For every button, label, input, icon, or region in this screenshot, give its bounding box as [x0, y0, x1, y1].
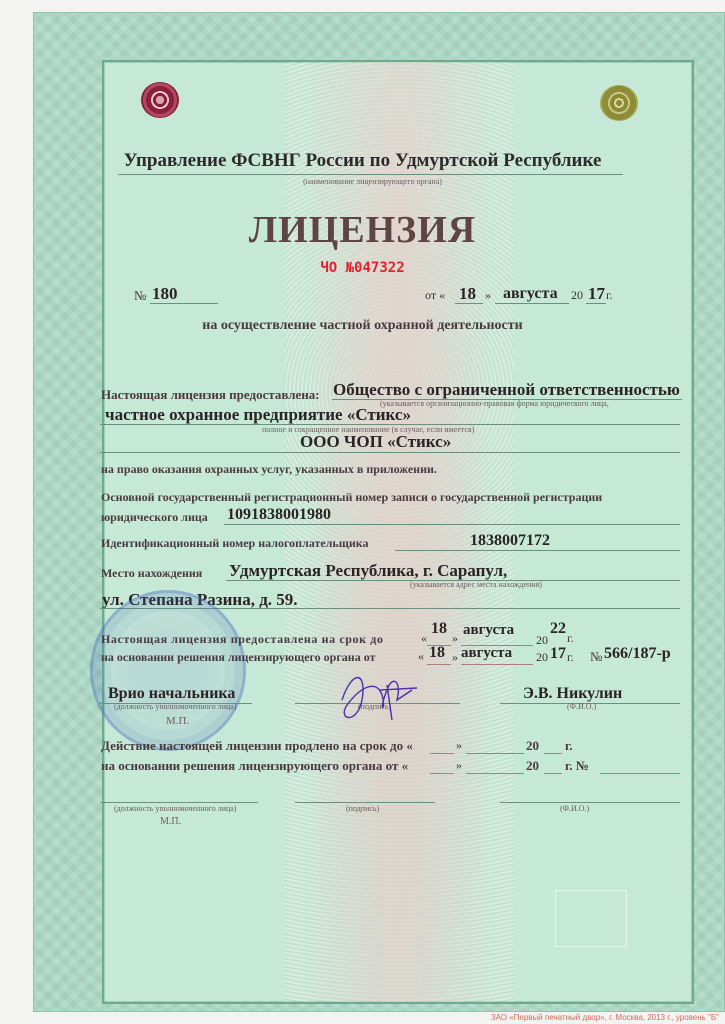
authority-underline [118, 174, 623, 175]
ext-signature-underline [295, 802, 435, 803]
extension-line2-year: 20 [526, 758, 539, 774]
date-prefix: от « [425, 288, 445, 303]
ext2-number-underline [600, 773, 680, 774]
number-prefix: № [134, 288, 146, 304]
decision-prefix: № [590, 649, 602, 665]
handwritten-signature [332, 660, 422, 730]
document-title: ЛИЦЕНЗИЯ [0, 208, 725, 252]
inn-value: 1838007172 [470, 532, 550, 550]
address-line1: Удмуртская Республика, г. Сарапул, [229, 561, 507, 581]
date-month: августа [503, 285, 558, 303]
right-text: на право оказания охранных услуг, указан… [101, 462, 437, 477]
name-hint: (Ф.И.О.) [567, 702, 596, 711]
ext-position-hint: (должность уполномоченного лица) [114, 804, 236, 813]
date-quote-close: » [485, 288, 491, 303]
extension-line2-end: г. № [565, 758, 589, 774]
date-month-underline [495, 303, 569, 304]
ext2-day-underline [430, 773, 454, 774]
ogrn-label-line2: юридического лица [101, 510, 208, 525]
serial-number: ЧО №047322 [0, 260, 725, 276]
gold-rosette-icon [600, 85, 638, 121]
date-year-suffix: 17 [588, 284, 605, 304]
ext-name-underline [500, 802, 680, 803]
extension-line1-year: 20 [526, 738, 539, 754]
decision-number: 566/187-р [604, 645, 671, 663]
date-year-underline [586, 303, 606, 304]
ext-name-hint: (Ф.И.О.) [560, 804, 589, 813]
issuing-authority: Управление ФСВНГ России по Удмуртской Ре… [0, 150, 725, 172]
basis-month: августа [461, 645, 512, 662]
legal-form-hint: (указывается организационно-правовая фор… [380, 399, 609, 408]
term-open: « [421, 631, 427, 646]
red-rosette-icon [141, 82, 179, 118]
number-underline [150, 303, 218, 304]
licensee-short-name: ООО ЧОП «Стикс» [300, 432, 451, 452]
ext1-day-underline [430, 753, 454, 754]
ext-seal-hint: М.П. [160, 816, 181, 827]
license-inner-panel [102, 60, 694, 1004]
ext1-year-underline [544, 753, 562, 754]
ogrn-value: 1091838001980 [227, 506, 331, 524]
date-year-end: г. [606, 288, 613, 303]
printer-imprint: ЗАО «Первый печатный двор», г. Москва, 2… [491, 1013, 719, 1022]
authority-hint: (наименование лицензирующего органа) [0, 177, 725, 186]
date-year-prefix: 20 [571, 288, 583, 303]
extension-line2-close: » [456, 758, 462, 773]
license-purpose: на осуществление частной охранной деятел… [0, 318, 725, 334]
ext-position-underline [100, 802, 258, 803]
basis-month-underline [461, 664, 533, 665]
seal-hint: М.П. [166, 715, 189, 727]
term-year-suffix: 22 [550, 620, 566, 638]
date-day-underline [455, 303, 483, 304]
ogrn-label-line1: Основной государственный регистрационный… [101, 490, 602, 505]
extension-line1-end: г. [565, 738, 573, 754]
position-hint: (должность уполномоченного лица) [114, 702, 236, 711]
inn-label: Идентификационный номер налогоплательщик… [101, 536, 369, 551]
basis-close: » [452, 650, 458, 665]
term-label: Настоящая лицензия предоставлена на срок… [101, 632, 384, 647]
term-day: 18 [431, 620, 447, 638]
address-label: Место нахождения [101, 566, 202, 581]
basis-year-end: г. [567, 650, 574, 665]
signer-name: Э.В. Никулин [523, 685, 622, 703]
watermark-box [555, 890, 627, 947]
ext2-year-underline [544, 773, 562, 774]
address-hint: (указывается адрес места нахождения) [410, 580, 542, 589]
basis-year-prefix: 20 [536, 650, 548, 665]
licensee-legal-form: Общество с ограниченной ответственностью [333, 380, 680, 400]
term-month: августа [463, 622, 514, 639]
basis-day-underline [427, 664, 451, 665]
date-day: 18 [459, 284, 476, 304]
ogrn-underline [224, 524, 680, 525]
ext1-month-underline [466, 753, 524, 754]
term-close: » [452, 631, 458, 646]
inn-underline [395, 550, 680, 551]
extension-line1-close: » [456, 738, 462, 753]
licensee-full-name: частное охранное предприятие «Стикс» [105, 405, 411, 425]
ext-signature-hint: (подпись) [346, 804, 379, 813]
basis-day: 18 [429, 644, 445, 662]
basis-year-suffix: 17 [550, 645, 566, 663]
short-name-underline [100, 452, 680, 453]
term-year-prefix: 20 [536, 633, 548, 648]
signer-position: Врио начальника [108, 685, 235, 703]
licensee-label: Настоящая лицензия предоставлена: [101, 387, 320, 403]
ext2-month-underline [466, 773, 524, 774]
term-year-end: г. [567, 631, 574, 646]
extension-line2: на основании решения лицензирующего орга… [101, 758, 408, 774]
license-number: 180 [152, 284, 178, 304]
extension-line1: Действие настоящей лицензии продлено на … [101, 738, 413, 754]
